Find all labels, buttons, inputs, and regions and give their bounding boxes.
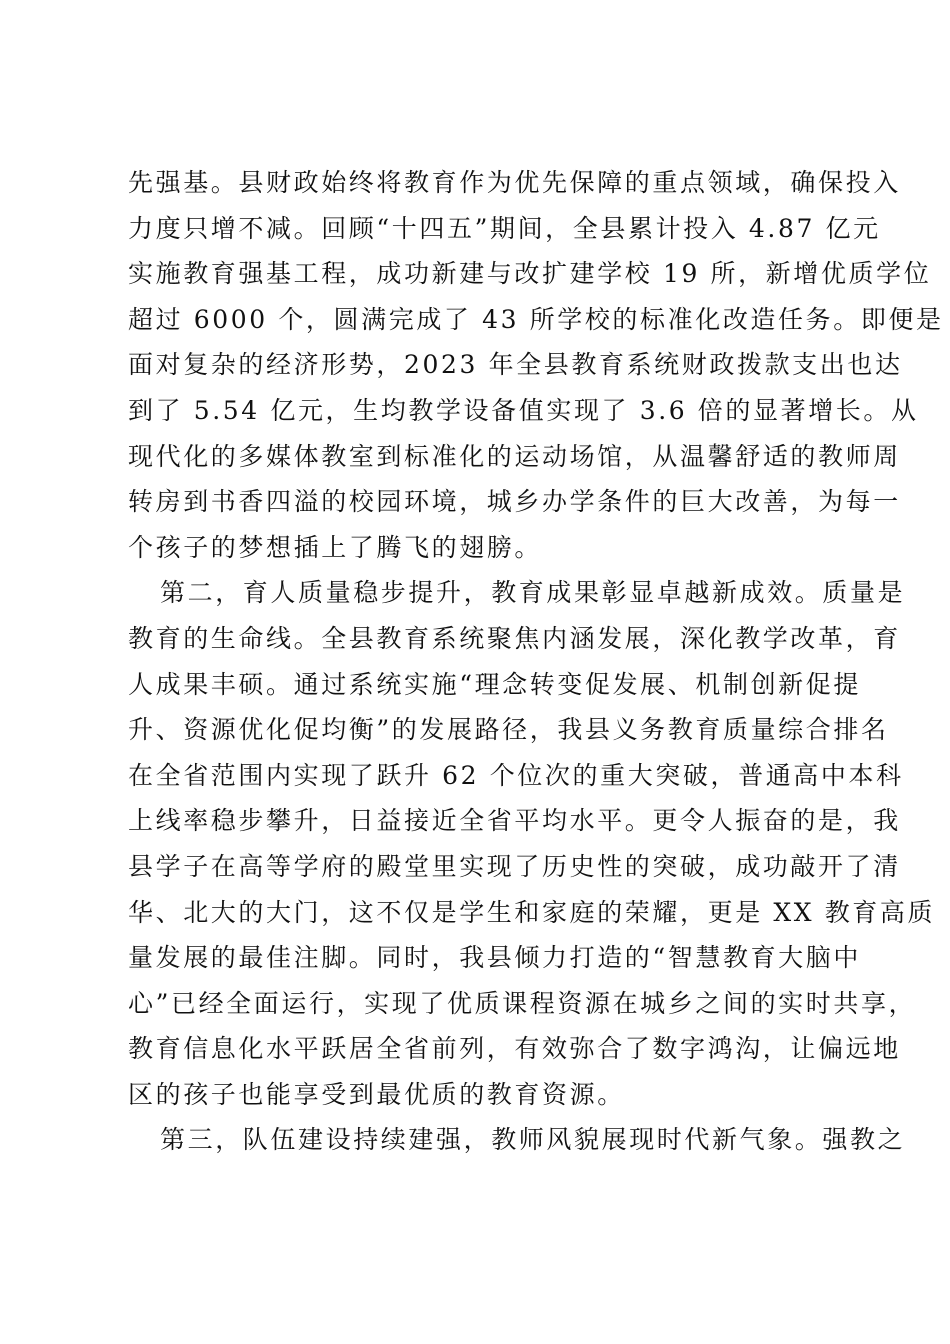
text-line: 转房到书香四溢的校园环境，城乡办学条件的巨大改善，为每一 [128, 479, 832, 525]
text-line: 面对复杂的经济形势，2023 年全县教育系统财政拨款支出也达 [128, 342, 832, 388]
text-line: 实施教育强基工程，成功新建与改扩建学校 19 所，新增优质学位 [128, 251, 832, 297]
text-line: 升、资源优化促均衡”的发展路径，我县义务教育质量综合排名 [128, 707, 832, 753]
text-line: 上线率稳步攀升，日益接近全省平均水平。更令人振奋的是，我 [128, 798, 832, 844]
paragraph-teachers: 第三，队伍建设持续建强，教师风貌展现时代新气象。强教之 [128, 1117, 832, 1163]
text-line: 教育的生命线。全县教育系统聚焦内涵发展，深化教学改革，育 [128, 616, 832, 662]
text-line: 华、北大的大门，这不仅是学生和家庭的荣耀，更是 XX 教育高质 [128, 890, 832, 936]
document-page: 先强基。县财政始终将教育作为优先保障的重点领域，确保投入 力度只增不减。回顾“十… [0, 0, 950, 1344]
text-line: 区的孩子也能享受到最优质的教育资源。 [128, 1072, 832, 1118]
text-line: 心”已经全面运行，实现了优质课程资源在城乡之间的实时共享， [128, 981, 832, 1027]
text-line: 力度只增不减。回顾“十四五”期间，全县累计投入 4.87 亿元 [128, 206, 832, 252]
text-line: 量发展的最佳注脚。同时，我县倾力打造的“智慧教育大脑中 [128, 935, 832, 981]
text-line: 先强基。县财政始终将教育作为优先保障的重点领域，确保投入 [128, 160, 832, 206]
paragraph-quality: 第二，育人质量稳步提升，教育成果彰显卓越新成效。质量是 教育的生命线。全县教育系… [128, 570, 832, 1117]
text-line: 县学子在高等学府的殿堂里实现了历史性的突破，成功敲开了清 [128, 844, 832, 890]
paragraph-funding: 先强基。县财政始终将教育作为优先保障的重点领域，确保投入 力度只增不减。回顾“十… [128, 160, 832, 570]
text-line: 到了 5.54 亿元，生均教学设备值实现了 3.6 倍的显著增长。从 [128, 388, 832, 434]
document-body: 先强基。县财政始终将教育作为优先保障的重点领域，确保投入 力度只增不减。回顾“十… [128, 160, 832, 1163]
text-line: 个孩子的梦想插上了腾飞的翅膀。 [128, 525, 832, 571]
text-line: 在全省范围内实现了跃升 62 个位次的重大突破，普通高中本科 [128, 753, 832, 799]
text-line: 人成果丰硕。通过系统实施“理念转变促发展、机制创新促提 [128, 662, 832, 708]
text-line: 教育信息化水平跃居全省前列，有效弥合了数字鸿沟，让偏远地 [128, 1026, 832, 1072]
text-line-first: 第三，队伍建设持续建强，教师风貌展现时代新气象。强教之 [128, 1117, 832, 1163]
text-line: 超过 6000 个，圆满完成了 43 所学校的标准化改造任务。即便是 [128, 297, 832, 343]
text-line: 现代化的多媒体教室到标准化的运动场馆，从温馨舒适的教师周 [128, 434, 832, 480]
text-line-first: 第二，育人质量稳步提升，教育成果彰显卓越新成效。质量是 [128, 570, 832, 616]
